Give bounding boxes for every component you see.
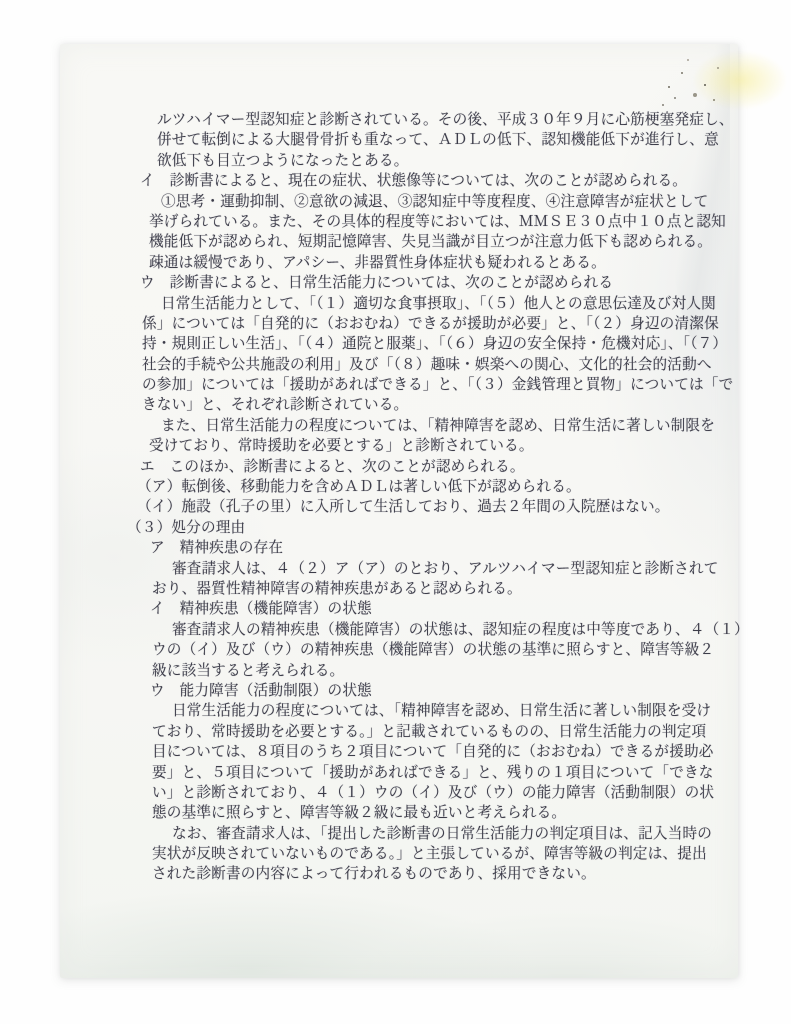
text-line: なお、審査請求人は、「提出した診断書の日常生活能力の判定項目は、記入当時の	[0, 824, 791, 844]
text-line: 疎通は緩慢であり、アパシー、非器質性身体症状も疑われるとある。	[0, 253, 791, 273]
text-line: 機能低下が認められ、短期記憶障害、失見当識が目立つが注意力低下も認められる。	[0, 232, 791, 252]
text-line: された診断書の内容によって行われるものであり、採用できない。	[0, 864, 791, 884]
document-body: ルツハイマー型認知症と診断されている。その後、平成３０年９月に心筋梗塞発症し、併…	[0, 110, 791, 885]
text-line: 審査請求人は、４（２）ア（ア）のとおり、アルツハイマー型認知症と診断されて	[0, 559, 791, 579]
text-line: 挙げられている。また、その具体的程度等においては、ＭＭＳＥ３０点中１０点と認知	[0, 212, 791, 232]
text-line: の参加」については「援助があればできる」と、「（３）金銭管理と買物」については「…	[0, 375, 791, 395]
text-line: ウ 診断書によると、日常生活能力については、次のことが認められる	[0, 273, 791, 293]
text-line: 級に該当すると考えられる。	[0, 661, 791, 681]
text-line: 実状が反映されていないものである。」と主張しているが、障害等級の判定は、提出	[0, 844, 791, 864]
text-line: 日常生活能力の程度については、「精神障害を認め、日常生活に著しい制限を受け	[0, 701, 791, 721]
text-line: ①思考・運動抑制、②意欲の減退、③認知症中等度程度、④注意障害が症状として	[0, 192, 791, 212]
text-line: 持・規則正しい生活」、「（４）通院と服薬」、「（６）身辺の安全保持・危機対応」、…	[0, 334, 791, 354]
text-line: ウの（イ）及び（ウ）の精神疾患（機能障害）の状態の基準に照らすと、障害等級２	[0, 640, 791, 660]
text-line: （イ）施設（孔子の里）に入所して生活しており、過去２年間の入院歴はない。	[0, 497, 791, 517]
text-line: エ このほか、診断書によると、次のことが認められる。	[0, 457, 791, 477]
scan-background: ルツハイマー型認知症と診断されている。その後、平成３０年９月に心筋梗塞発症し、併…	[0, 0, 791, 1024]
text-line: イ 精神疾患（機能障害）の状態	[0, 599, 791, 619]
text-line: 係」については「自発的に（おおむね）できるが援助が必要」と、「（２）身辺の清潔保	[0, 314, 791, 334]
text-line: い」と診断されており、４（１）ウの（イ）及び（ウ）の能力障害（活動制限）の状	[0, 783, 791, 803]
text-line: 併せて転倒による大腿骨骨折も重なって、ＡＤＬの低下、認知機能低下が進行し、意	[0, 130, 791, 150]
text-line: おり、器質性精神障害の精神疾患があると認められる。	[0, 579, 791, 599]
text-line: ルツハイマー型認知症と診断されている。その後、平成３０年９月に心筋梗塞発症し、	[0, 110, 791, 130]
text-line: ており、常時援助を必要とする。」と記載されているものの、日常生活能力の判定項	[0, 722, 791, 742]
text-line: イ 診断書によると、現在の症状、状態像等については、次のことが認められる。	[0, 171, 791, 191]
text-line: きない」と、それぞれ診断されている。	[0, 395, 791, 415]
text-line: （ア）転倒後、移動能力を含めＡＤＬは著しい低下が認められる。	[0, 477, 791, 497]
text-line: ア 精神疾患の存在	[0, 538, 791, 558]
text-line: （３）処分の理由	[0, 518, 791, 538]
text-line: 審査請求人の精神疾患（機能障害）の状態は、認知症の程度は中等度であり、４（１）	[0, 620, 791, 640]
text-line: 目については、８項目のうち２項目について「自発的に（おおむね）できるが援助必	[0, 742, 791, 762]
text-line: 受けており、常時援助を必要とする」と診断されている。	[0, 436, 791, 456]
text-line: 欲低下も目立つようになったとある。	[0, 151, 791, 171]
text-line: 要」と、５項目について「援助があればできる」と、残りの１項目について「できな	[0, 763, 791, 783]
text-line: ウ 能力障害（活動制限）の状態	[0, 681, 791, 701]
scan-ink-specks	[60, 44, 62, 46]
text-line: 社会的手続や公共施設の利用」及び「（８）趣味・娯楽への関心、文化的社会的活動へ	[0, 355, 791, 375]
text-line: また、日常生活能力の程度については、「精神障害を認め、日常生活に著しい制限を	[0, 416, 791, 436]
text-line: 態の基準に照らすと、障害等級２級に最も近いと考えられる。	[0, 803, 791, 823]
text-line: 日常生活能力として、「（１）適切な食事摂取」、「（５）他人との意思伝達及び対人関	[0, 294, 791, 314]
